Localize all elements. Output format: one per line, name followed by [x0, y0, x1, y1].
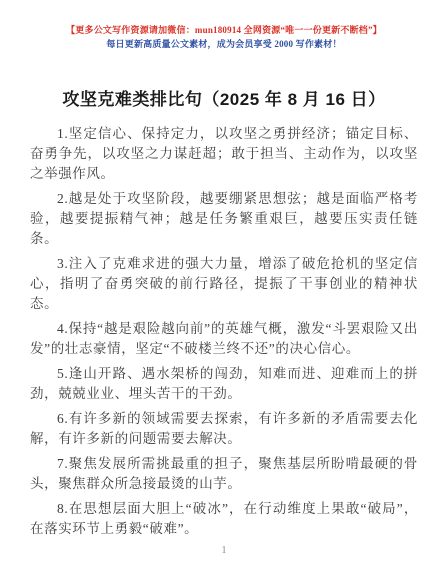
paragraph: 5.逢山开路、遇水架桥的闯劲，知难而进、迎难而上的拼劲，兢兢业业、埋头苦干的干劲… [30, 364, 418, 404]
promo-header-line-1: 【更多公文写作资源请加微信：mun180914 全网资源“唯一一份更新不断档”】 [0, 24, 448, 38]
paragraph: 2.越是处于攻坚阶段，越要绷紧思想弦；越是面临严格考验，越要提振精气神；越是任务… [30, 189, 418, 249]
paragraph: 8.在思想层面大胆上“破冰”，在行动维度上果敢“破局”，在落实环节上勇毅“破难”… [30, 499, 418, 539]
paragraph: 1.坚定信心、保持定力，以攻坚之勇拼经济；锚定目标、奋勇争先，以攻坚之力谋赶超；… [30, 124, 418, 184]
promo-header-line-2: 每日更新高质量公文素材，成为会员享受 2000 写作素材！ [0, 38, 448, 52]
document-page: 【更多公文写作资源请加微信：mun180914 全网资源“唯一一份更新不断档”】… [0, 0, 448, 580]
page-footer: 1 [0, 540, 448, 558]
paragraph: 7.聚焦发展所需挑最重的担子，聚焦基层所盼啃最硬的骨头，聚焦群众所急接最烫的山芋… [30, 454, 418, 494]
promo-header: 【更多公文写作资源请加微信：mun180914 全网资源“唯一一份更新不断档”】… [0, 0, 448, 51]
paragraph: 4.保持“越是艰险越向前”的英雄气概，激发“斗罢艰险又出发”的壮志豪情，坚定“不… [30, 319, 418, 359]
paragraph: 6.有许多新的领域需要去探索，有许多新的矛盾需要去化解，有许多新的问题需要去解决… [30, 409, 418, 449]
document-title: 攻坚克难类排比句（2025 年 8 月 16 日） [0, 85, 448, 110]
paragraph: 3.注入了克难求进的强大力量，增添了破危抢机的坚定信心，指明了奋勇突破的前行路径… [30, 254, 418, 314]
page-number: 1 [222, 545, 227, 556]
document-body: 1.坚定信心、保持定力，以攻坚之勇拼经济；锚定目标、奋勇争先，以攻坚之力谋赶超；… [0, 120, 448, 539]
